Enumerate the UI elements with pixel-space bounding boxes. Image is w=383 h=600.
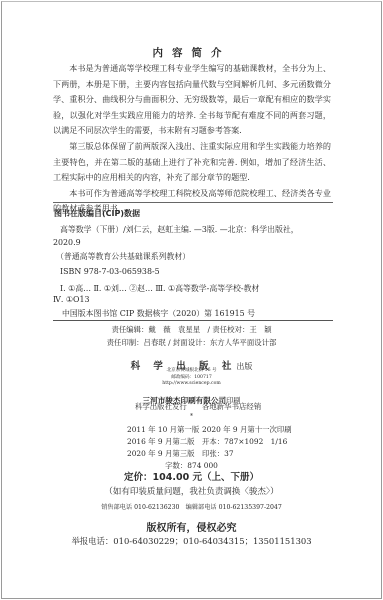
cip-classification-1: Ⅰ. ①高… Ⅱ. ①刘… ②赵… Ⅲ. ①高等数学-高等学校-教材 [60, 283, 259, 294]
publisher-website: http://www.sciencep.com [0, 381, 383, 386]
summary-body: 本书是为普通高等学校理工科专业学生编写的基础课教材，全书分为上、下两册，本册是下… [53, 61, 331, 217]
credits-print-design: 责任印制：吕春珉 / 封面设计：东方人华平面设计部 [0, 337, 383, 348]
distributor-left: 科学出版社发行 [135, 401, 187, 412]
edition-row-3-left: 2020 年 9 月第三版 [127, 448, 195, 459]
cip-isbn: ISBN 978-7-03-065938-5 [60, 267, 160, 276]
edition-row-2-right: 开本：787×1092 1/16 [202, 436, 287, 447]
publisher-postcode: 邮政编码：100717 [0, 374, 383, 380]
report-phone: 举报电话：010-64030229；010-64034315；135011513… [0, 535, 383, 547]
publisher-address: 北京东黄城根北街 16 号 [0, 367, 383, 373]
copyright-notice: 版权所有，侵权必究 [0, 519, 383, 534]
edition-row-3-right: 印张：37 [202, 448, 234, 459]
cip-series: （普通高等教育公共基础课系列教材） [56, 251, 190, 262]
divider-cip [53, 320, 333, 321]
printer-line: 三河市骏杰印刷有限公司印刷 [0, 388, 383, 407]
edition-row-1-left: 2011 年 10 月第一版 [127, 424, 199, 435]
edition-row-2-left: 2016 年 9 月第二版 [127, 436, 195, 447]
credits-editors: 责任编辑：戴 薇 袁星星 / 责任校对：王 颖 [0, 324, 383, 335]
price: 定价：104.00 元（上、下册） [0, 469, 383, 483]
summary-paragraph-1: 本书是为普通高等学校理工科专业学生编写的基础课教材，全书分为上、下两册，本册是下… [53, 61, 331, 139]
separator-star: * [0, 413, 383, 420]
cip-record: 中国版本图书馆 CIP 数据核字（2020）第 161915 号 [62, 308, 255, 319]
cip-line-2: 2020.9 [53, 238, 81, 247]
distributor-right: 各地新华书店经销 [202, 401, 261, 412]
summary-paragraph-2: 第三版总体保留了前两版深入浅出、注重实际应用和学生实践能力培养的主要特色，并在第… [53, 139, 331, 186]
cip-line-1: 高等数学（下册）/刘仁云，赵虹主编. —3版. —北京：科学出版社， [60, 224, 299, 235]
cip-classification-2: Ⅳ. ①O13 [53, 295, 89, 304]
summary-title: 内容简介 [0, 45, 383, 60]
sales-phone: 销售部电话 010-62136230 编辑部电话 010-62135397-20… [0, 502, 383, 511]
cip-heading: 图书在版编目(CIP)数据 [54, 208, 140, 219]
divider-top [53, 202, 333, 203]
quality-note: （如有印装质量问题，我社负责调换〈骏杰〉） [0, 485, 383, 497]
edition-row-1-right: 2020 年 9 月第十一次印刷 [202, 424, 292, 435]
